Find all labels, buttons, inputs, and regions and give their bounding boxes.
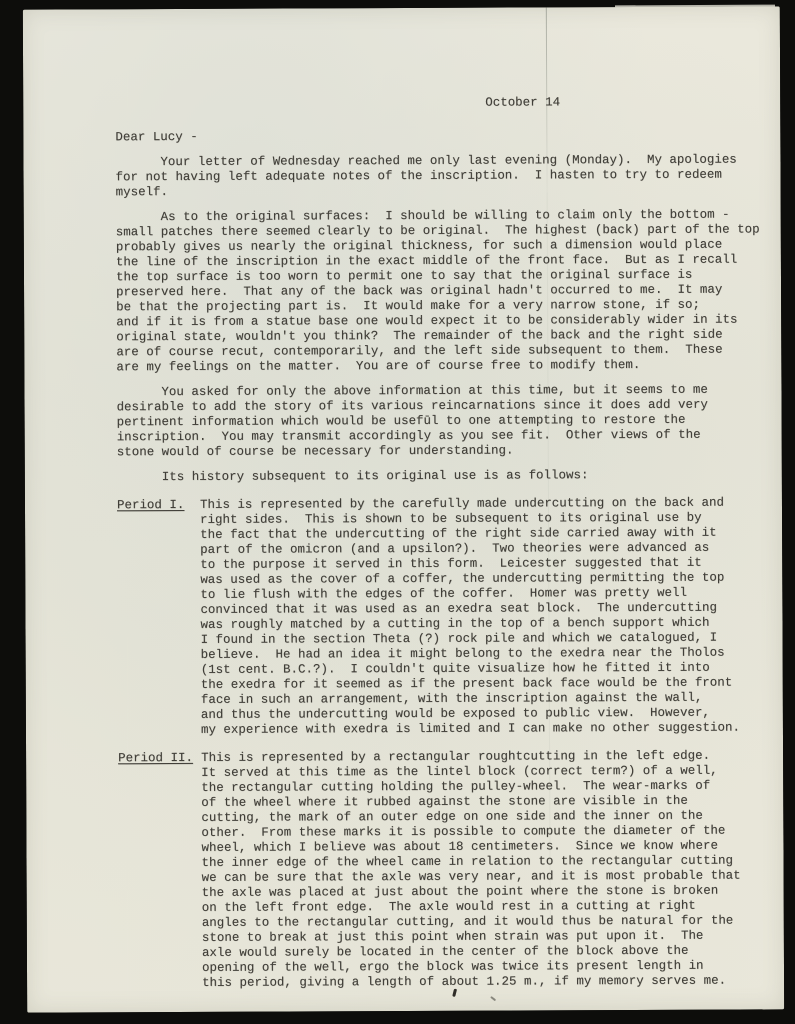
paragraph-3: You asked for only the above information… [116, 382, 777, 460]
salutation: Dear Lucy - [115, 127, 776, 145]
period-1-body: This is represented by the carefully mad… [200, 495, 779, 738]
period-2-label: Period II. [118, 751, 201, 766]
letter-date: October 14 [485, 94, 776, 110]
period-1-label: Period I. [117, 498, 200, 513]
period-1-section: Period I. This is represented by the car… [117, 495, 779, 738]
paragraph-4-history-intro: Its history subsequent to its original u… [117, 467, 778, 485]
period-2-section: Period II. This is represented by a rect… [118, 748, 780, 991]
period-2-body: This is represented by a rectangular rou… [201, 748, 780, 991]
scan-frame: October 14 Dear Lucy - Your letter of We… [0, 0, 795, 1024]
letter-content: October 14 Dear Lucy - Your letter of We… [23, 6, 784, 991]
paragraph-1: Your letter of Wednesday reached me only… [115, 152, 776, 200]
ink-mark-small [490, 996, 496, 1001]
paragraph-2: As to the original surfaces: I should be… [116, 207, 778, 375]
ink-mark [452, 989, 457, 997]
letter-page: October 14 Dear Lucy - Your letter of We… [23, 6, 784, 1012]
